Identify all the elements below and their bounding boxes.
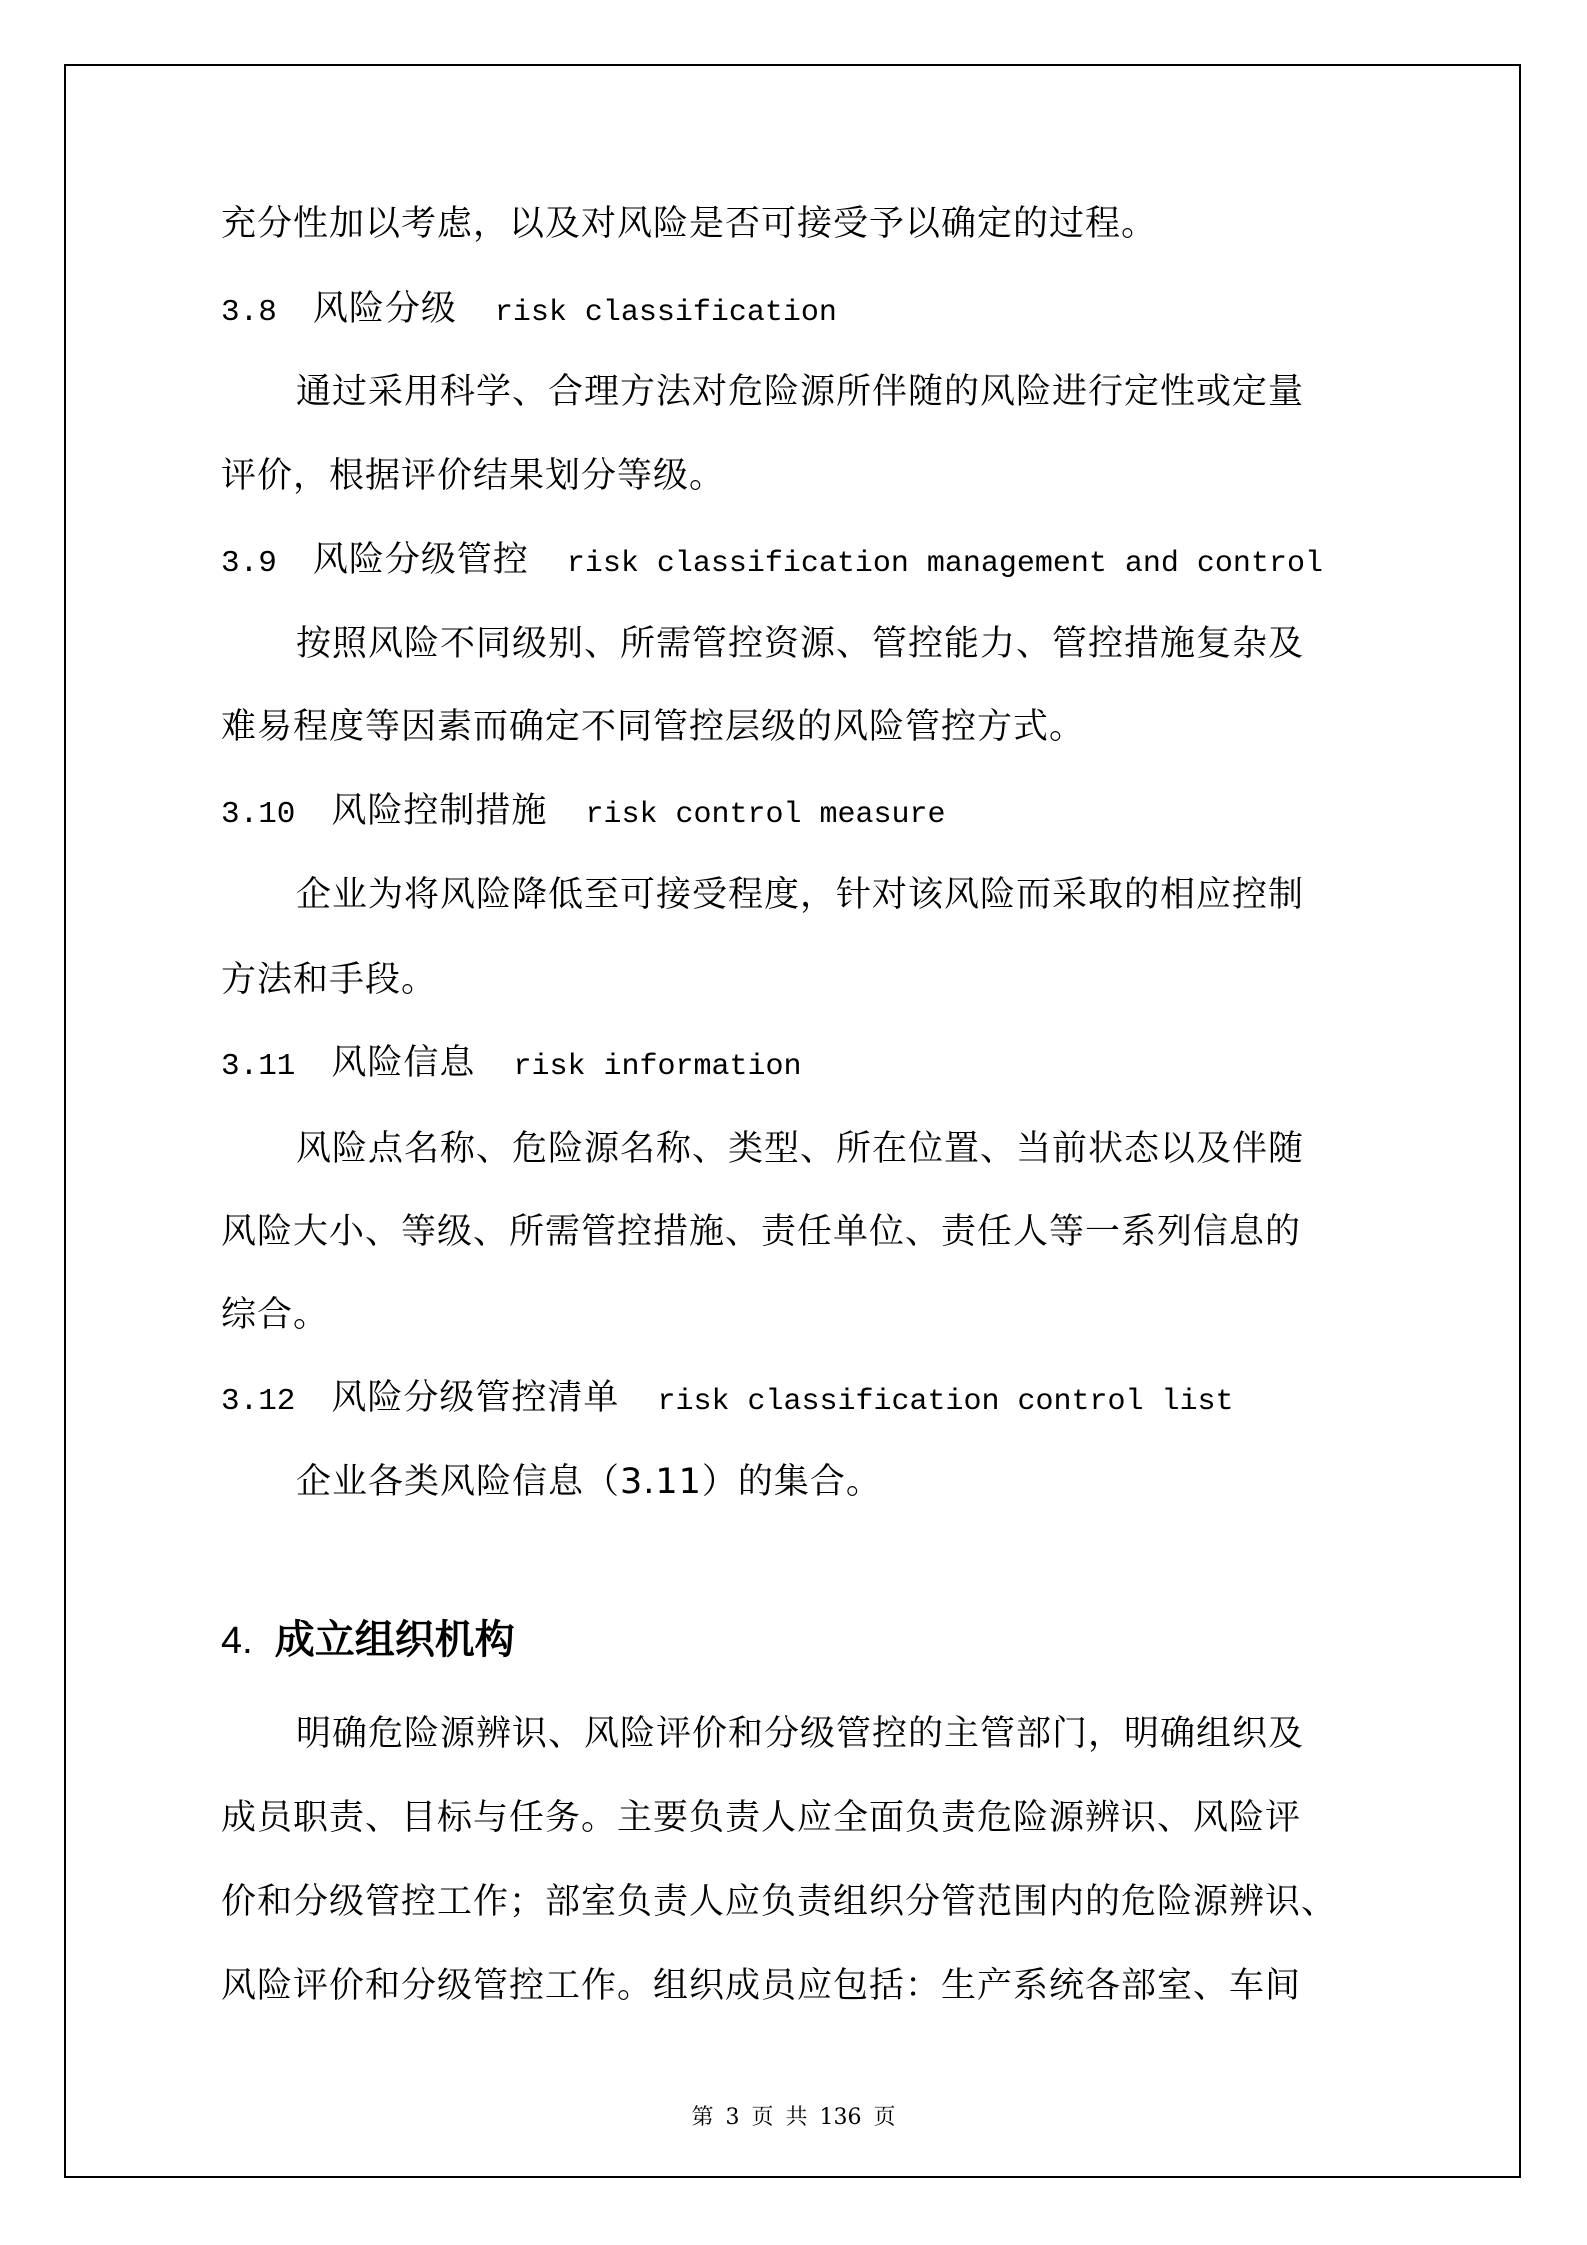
term-en: risk classification management and contr… <box>567 547 1323 581</box>
paragraph-line: 综合。 <box>221 1293 329 1337</box>
term-zh: 风险分级管控清单 <box>331 1378 619 1418</box>
term-zh: 风险分级管控 <box>313 540 529 580</box>
term-en: risk information <box>513 1050 801 1084</box>
section-heading: 4.成立组织机构 <box>221 1615 515 1665</box>
footer-page-label: 页 <box>751 2105 773 2130</box>
term-zh: 风险分级 <box>313 289 457 329</box>
paragraph-line: 难易程度等因素而确定不同管控层级的风险管控方式。 <box>221 705 1085 749</box>
section-title: 成立组织机构 <box>275 1617 515 1663</box>
term-number: 3.8 <box>221 295 277 330</box>
term-number: 3.9 <box>221 546 277 581</box>
paragraph-line: 按照风险不同级别、所需管控资源、管控能力、管控措施复杂及 <box>296 622 1304 666</box>
term-number: 3.10 <box>221 797 295 832</box>
term-zh: 风险信息 <box>331 1043 475 1083</box>
page-number: 3 <box>725 2105 739 2130</box>
term-heading-3-10: 3.10风险控制措施risk control measure <box>221 789 946 833</box>
term-heading-3-11: 3.11风险信息risk information <box>221 1041 801 1085</box>
paragraph-line: 评价，根据评价结果划分等级。 <box>221 454 725 498</box>
footer-suffix: 页 <box>874 2105 896 2130</box>
term-heading-3-9: 3.9风险分级管控risk classification management … <box>221 538 1323 582</box>
paragraph-line: 价和分级管控工作；部室负责人应负责组织分管范围内的危险源辨识、 <box>221 1880 1337 1924</box>
term-en: risk control measure <box>585 798 945 832</box>
term-heading-3-12: 3.12风险分级管控清单risk classification control … <box>221 1376 1234 1420</box>
term-number: 3.11 <box>221 1049 295 1084</box>
paragraph-line: 风险点名称、危险源名称、类型、所在位置、当前状态以及伴随 <box>296 1127 1304 1171</box>
paragraph-line: 企业为将风险降低至可接受程度，针对该风险而采取的相应控制 <box>296 873 1304 917</box>
paragraph-line: 风险大小、等级、所需管控措施、责任单位、责任人等一系列信息的 <box>221 1210 1301 1254</box>
term-number: 3.12 <box>221 1384 295 1419</box>
paragraph-line: 方法和手段。 <box>221 958 437 1002</box>
footer-total-label: 共 <box>786 2105 808 2130</box>
total-pages: 136 <box>820 2105 862 2130</box>
paragraph-line: 企业各类风险信息（3.11）的集合。 <box>296 1460 882 1504</box>
paragraph-line: 成员职责、目标与任务。主要负责人应全面负责危险源辨识、风险评 <box>221 1796 1301 1840</box>
paragraph-line: 风险评价和分级管控工作。组织成员应包括：生产系统各部室、车间 <box>221 1964 1301 2008</box>
paragraph-line: 通过采用科学、合理方法对危险源所伴随的风险进行定性或定量 <box>296 370 1304 414</box>
page-footer: 第3页共136页 <box>0 2100 1587 2131</box>
term-en: risk classification <box>495 296 837 330</box>
term-zh: 风险控制措施 <box>331 791 547 831</box>
section-number: 4. <box>221 1620 253 1662</box>
term-en: risk classification control list <box>657 1385 1233 1419</box>
term-heading-3-8: 3.8风险分级risk classification <box>221 287 837 331</box>
paragraph-line: 明确危险源辨识、风险评价和分级管控的主管部门，明确组织及 <box>296 1712 1304 1756</box>
footer-prefix: 第 <box>691 2105 713 2130</box>
paragraph-line: 充分性加以考虑，以及对风险是否可接受予以确定的过程。 <box>221 202 1157 246</box>
